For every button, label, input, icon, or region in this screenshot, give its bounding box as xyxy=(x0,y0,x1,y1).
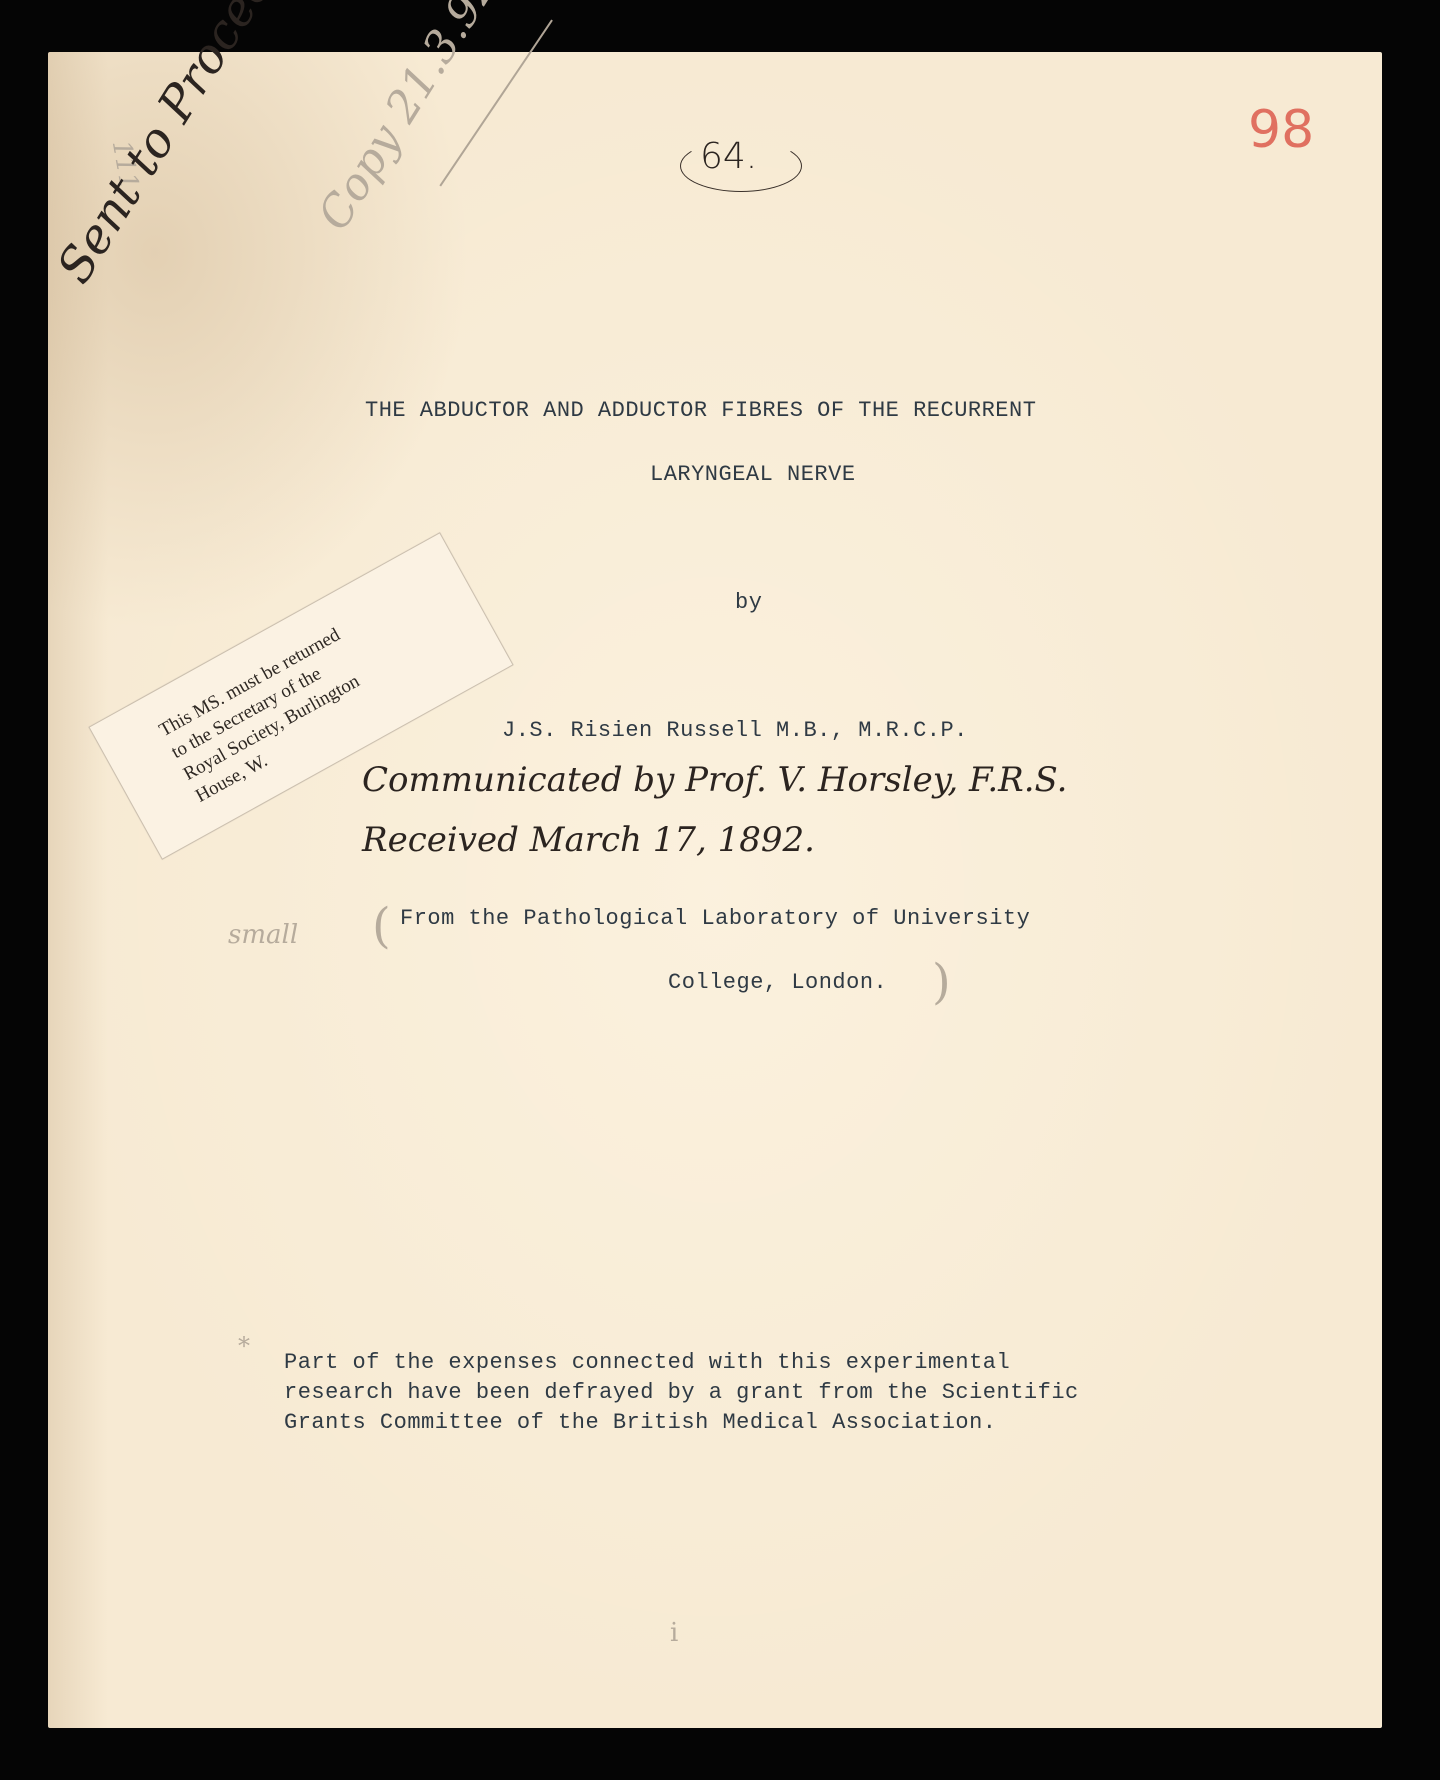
affiliation-line-1: From the Pathological Laboratory of Univ… xyxy=(400,906,1030,931)
title-line-1: THE ABDUCTOR AND ADDUCTOR FIBRES OF THE … xyxy=(365,398,1036,423)
manuscript-page xyxy=(48,52,1382,1728)
page-number: i xyxy=(670,1618,678,1648)
circled-number: 64. xyxy=(700,136,757,177)
affiliation-line-2: College, London. xyxy=(668,970,887,995)
communicated-by-note: Communicated by Prof. V. Horsley, F.R.S. xyxy=(362,760,1067,800)
close-paren-mark: ) xyxy=(932,954,951,1010)
title-line-2: LARYNGEAL NERVE xyxy=(650,462,856,487)
footnote-line-1: Part of the expenses connected with this… xyxy=(284,1350,1010,1375)
received-date-note: Received March 17, 1892. xyxy=(362,820,815,860)
open-paren-mark: ( xyxy=(372,898,391,954)
margin-note-small: small xyxy=(228,920,298,950)
footnote-marker: * xyxy=(238,1332,250,1360)
author-line: J.S. Risien Russell M.B., M.R.C.P. xyxy=(502,718,968,743)
footnote-line-2: research have been defrayed by a grant f… xyxy=(284,1380,1079,1405)
by-label: by xyxy=(735,590,762,615)
footnote-line-3: Grants Committee of the British Medical … xyxy=(284,1410,997,1435)
red-folio-number: 98 xyxy=(1248,100,1314,160)
